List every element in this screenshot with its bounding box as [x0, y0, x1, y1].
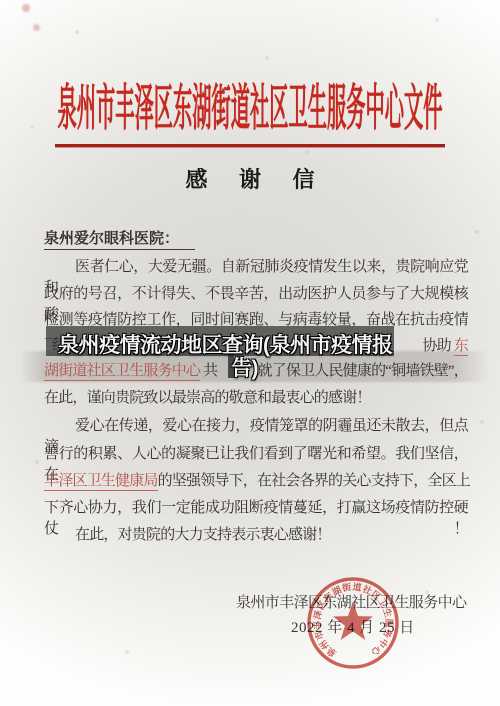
letter-title: 感 谢 信 — [0, 163, 500, 194]
line-fragment: 就了保卫人民健康的“铜墙铁壁”， — [257, 359, 468, 380]
official-seal-stamp-icon: 泉州市丰泽区东湖街道社区卫生服务中心 — [299, 571, 407, 679]
dust-speck — [75, 30, 79, 34]
caption-overlay-text-line1: 泉州疫情流动地区查询(泉州市疫情报 — [58, 329, 393, 359]
line-fragment: 协助 东 — [422, 334, 468, 355]
body-line: 丰泽区卫生健康局的坚强领导下，在社会各界的关心支持下，全区上 — [44, 469, 468, 492]
body-line: 政府的号召，不计得失、不畏辛苦，出动医护人员参与了大规模核酸 — [44, 282, 468, 305]
salutation: 泉州爱尔眼科医院： — [44, 227, 468, 250]
line-fragment: 湖街道社区卫生服务中心 共 — [44, 359, 217, 380]
body-line: 下齐心协力，我们一定能成功阻断疫情蔓延，打赢这场疫情防控硬仗！ — [44, 496, 468, 519]
caption-overlay-text-line2: 告) — [231, 352, 258, 382]
red-link-fragment: 湖街道社区卫生服务中心 — [44, 363, 200, 381]
letterhead-divider — [55, 144, 445, 147]
body-line: 爱心在传递，爱心在接力，疫情笼罩的阴霾虽还未散去，但点滴 — [44, 414, 468, 437]
letterhead-title: 泉州市丰泽区东湖街道社区卫生服务中心文件 — [58, 68, 443, 140]
body-line: 善行的积累、人心的凝聚已让我们看到了曙光和希望。我们坚信，在 — [44, 442, 468, 465]
scanned-letter-photo: 泉州市丰泽区东湖街道社区卫生服务中心文件 感 谢 信 泉州爱尔眼科医院： 医者仁… — [0, 0, 500, 706]
salutation-text: 泉州爱尔眼科医院： — [44, 231, 195, 250]
red-ink-speck — [22, 4, 30, 12]
body-line: 在此，谨向贵院致以最崇高的敬意和最衷心的感谢！ — [44, 386, 468, 409]
body-line: 在此，对贵院的大力支持表示衷心感谢！ — [44, 523, 468, 546]
red-link-fragment: 丰泽区卫生健康局 — [44, 473, 158, 491]
red-link-fragment: 东 — [454, 338, 468, 356]
seal-star-icon — [333, 602, 373, 640]
red-ink-speck — [33, 24, 40, 31]
body-line: 医者仁心，大爱无疆。自新冠肺炎疫情发生以来，贵院响应党和 — [44, 255, 468, 278]
